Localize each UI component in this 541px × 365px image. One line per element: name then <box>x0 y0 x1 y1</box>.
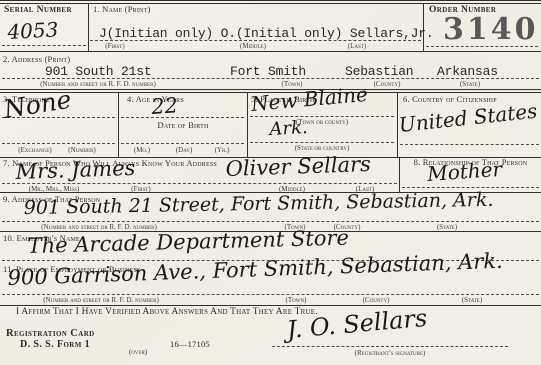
print-code: 16—17105 <box>170 340 210 350</box>
serial-number-value: 4053 <box>7 19 59 42</box>
serial-number-label: Serial Number <box>4 5 72 16</box>
divider <box>397 93 398 157</box>
contact-sublabel-title: (Mr., Mrs., Miss) <box>29 185 80 193</box>
write-line <box>250 116 394 117</box>
contact-address-value: 901 South 21 Street, Fort Smith, Sebasti… <box>24 191 494 218</box>
telephone-sublabel-number: (Number) <box>68 146 96 154</box>
employment-sublabel-state: (State) <box>462 296 482 304</box>
write-line <box>250 142 394 143</box>
birthplace-sublabel-state: (State or country) <box>295 144 350 152</box>
name-sublabel-last: (Last) <box>348 42 366 50</box>
dob-sublabel-day: (Day) <box>176 146 192 154</box>
signature-sublabel: (Registrant's signature) <box>355 349 426 357</box>
name-label: 1. Name (Print) <box>93 5 150 15</box>
address-county-value: Sebastian <box>345 64 413 79</box>
divider <box>399 158 400 192</box>
address-town-value: Fort Smith <box>230 64 306 79</box>
divider <box>247 93 248 157</box>
address-sublabel-state: (State) <box>460 80 480 88</box>
signature-line <box>272 346 508 347</box>
write-line <box>2 221 539 222</box>
contact-middle-last-value: Oliver Sellars <box>225 154 371 180</box>
write-line <box>2 294 539 295</box>
divider <box>88 4 89 51</box>
contact-address-sublabel-street: (Number and street or R. F. D. number) <box>41 223 157 231</box>
address-sublabel-county: (County) <box>374 80 401 88</box>
order-number-stamp: 3140 <box>443 15 539 45</box>
citizenship-value: United States <box>398 101 538 135</box>
write-line <box>2 143 115 144</box>
contact-address-sublabel-state: (State) <box>437 223 457 231</box>
address-state-value: Arkansas <box>437 64 498 79</box>
write-line <box>2 183 397 184</box>
employment-sublabel-county: (County) <box>363 296 390 304</box>
divider <box>0 305 541 306</box>
dob-sublabel-year: (Yr.) <box>215 146 230 154</box>
employment-sublabel-street: (Number and street or R. F. D. number) <box>43 296 159 304</box>
name-sublabel-middle: (Middle) <box>240 42 266 50</box>
form-id: D. S. S. Form 1 <box>20 339 90 351</box>
write-line <box>402 187 539 188</box>
relationship-value: Mother <box>427 159 503 184</box>
age-value: 22 <box>151 95 179 118</box>
employer-value: The Arcade Department Store <box>27 228 349 257</box>
telephone-sublabel-exchange: (Exchange) <box>18 146 51 154</box>
divider <box>0 51 541 52</box>
date-of-birth-label: Date of Birth <box>158 121 209 131</box>
write-line <box>2 45 86 46</box>
registration-card: Serial Number 4053 1. Name (Print) J(Ini… <box>0 0 541 365</box>
birthplace-state-value: Ark. <box>269 119 308 139</box>
write-line <box>400 144 539 145</box>
contact-title-first-value: Mrs. James <box>15 158 135 183</box>
over-note: (over) <box>129 348 147 356</box>
employment-sublabel-town: (Town) <box>286 296 307 304</box>
divider <box>118 93 119 157</box>
top-border <box>0 0 541 4</box>
name-value: J(Initian only) O.(Initial only) Sellars… <box>99 26 433 41</box>
contact-sublabel-first: (First) <box>131 185 150 193</box>
dob-sublabel-month: (Mo.) <box>134 146 150 154</box>
write-line <box>121 117 244 118</box>
write-line <box>121 143 244 144</box>
address-street-value: 901 South 21st <box>45 64 151 79</box>
affirmation-text: I Affirm That I Have Verified Above Answ… <box>16 307 318 318</box>
name-sublabel-first: (First) <box>105 42 124 50</box>
